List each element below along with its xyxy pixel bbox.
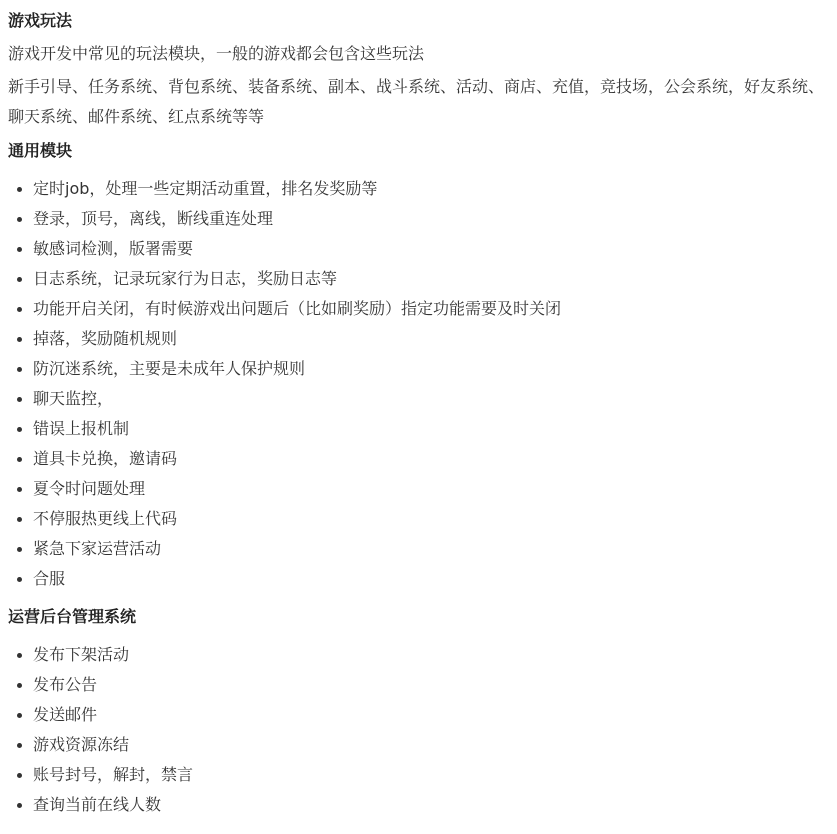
bullet-icon xyxy=(17,547,22,552)
list-item: 夏令时问题处理 xyxy=(8,474,837,504)
list-item: 发布公告 xyxy=(8,670,837,700)
heading-ops-admin: 运营后台管理系统 xyxy=(8,602,837,632)
bullet-icon xyxy=(17,713,22,718)
list-item: 道具卡兑换，邀请码 xyxy=(8,444,837,474)
paragraph-gameplay-intro: 游戏开发中常见的玩法模块，一般的游戏都会包含这些玩法 xyxy=(8,36,837,72)
list-item: 发送邮件 xyxy=(8,700,837,730)
list-item: 定时job，处理一些定期活动重置，排名发奖励等 xyxy=(8,174,837,204)
paragraph-gameplay-list-line1: 新手引导、任务系统、背包系统、装备系统、副本、战斗系统、活动、商店、充值，竞技场… xyxy=(8,72,837,102)
bullet-icon xyxy=(17,277,22,282)
bullet-icon xyxy=(17,187,22,192)
list-item: 防沉迷系统，主要是未成年人保护规则 xyxy=(8,354,837,384)
bullet-icon xyxy=(17,653,22,658)
bullet-icon xyxy=(17,773,22,778)
bullet-icon xyxy=(17,743,22,748)
list-item: 掉落，奖励随机规则 xyxy=(8,324,837,354)
bullet-icon xyxy=(17,217,22,222)
list-item: 紧急下家运营活动 xyxy=(8,534,837,564)
list-item: 敏感词检测，版署需要 xyxy=(8,234,837,264)
list-item: 错误上报机制 xyxy=(8,414,837,444)
document: 游戏玩法 游戏开发中常见的玩法模块，一般的游戏都会包含这些玩法 新手引导、任务系… xyxy=(0,0,837,820)
list-item: 日志系统，记录玩家行为日志，奖励日志等 xyxy=(8,264,837,294)
bullet-icon xyxy=(17,517,22,522)
list-item: 登录，顶号，离线，断线重连处理 xyxy=(8,204,837,234)
bullet-icon xyxy=(17,337,22,342)
list-item: 游戏资源冻结 xyxy=(8,730,837,760)
ops-admin-list: 发布下架活动 发布公告 发送邮件 游戏资源冻结 账号封号，解封，禁言 查询当前在… xyxy=(8,640,837,820)
list-item: 功能开启关闭，有时候游戏出问题后（比如刷奖励）指定功能需要及时关闭 xyxy=(8,294,837,324)
list-item: 聊天监控， xyxy=(8,384,837,414)
list-item: 合服 xyxy=(8,564,837,594)
list-item: 账号封号，解封，禁言 xyxy=(8,760,837,790)
list-item: 查询当前在线人数 xyxy=(8,790,837,820)
list-item: 发布下架活动 xyxy=(8,640,837,670)
bullet-icon xyxy=(17,683,22,688)
heading-common-modules: 通用模块 xyxy=(8,136,837,166)
list-item: 不停服热更线上代码 xyxy=(8,504,837,534)
bullet-icon xyxy=(17,397,22,402)
bullet-icon xyxy=(17,367,22,372)
bullet-icon xyxy=(17,457,22,462)
bullet-icon xyxy=(17,307,22,312)
bullet-icon xyxy=(17,577,22,582)
bullet-icon xyxy=(17,427,22,432)
bullet-icon xyxy=(17,247,22,252)
common-modules-list: 定时job，处理一些定期活动重置，排名发奖励等 登录，顶号，离线，断线重连处理 … xyxy=(8,174,837,594)
bullet-icon xyxy=(17,803,22,808)
paragraph-gameplay-list-line2: 聊天系统、邮件系统、红点系统等等 xyxy=(8,102,837,132)
bullet-icon xyxy=(17,487,22,492)
heading-gameplay: 游戏玩法 xyxy=(8,6,837,36)
